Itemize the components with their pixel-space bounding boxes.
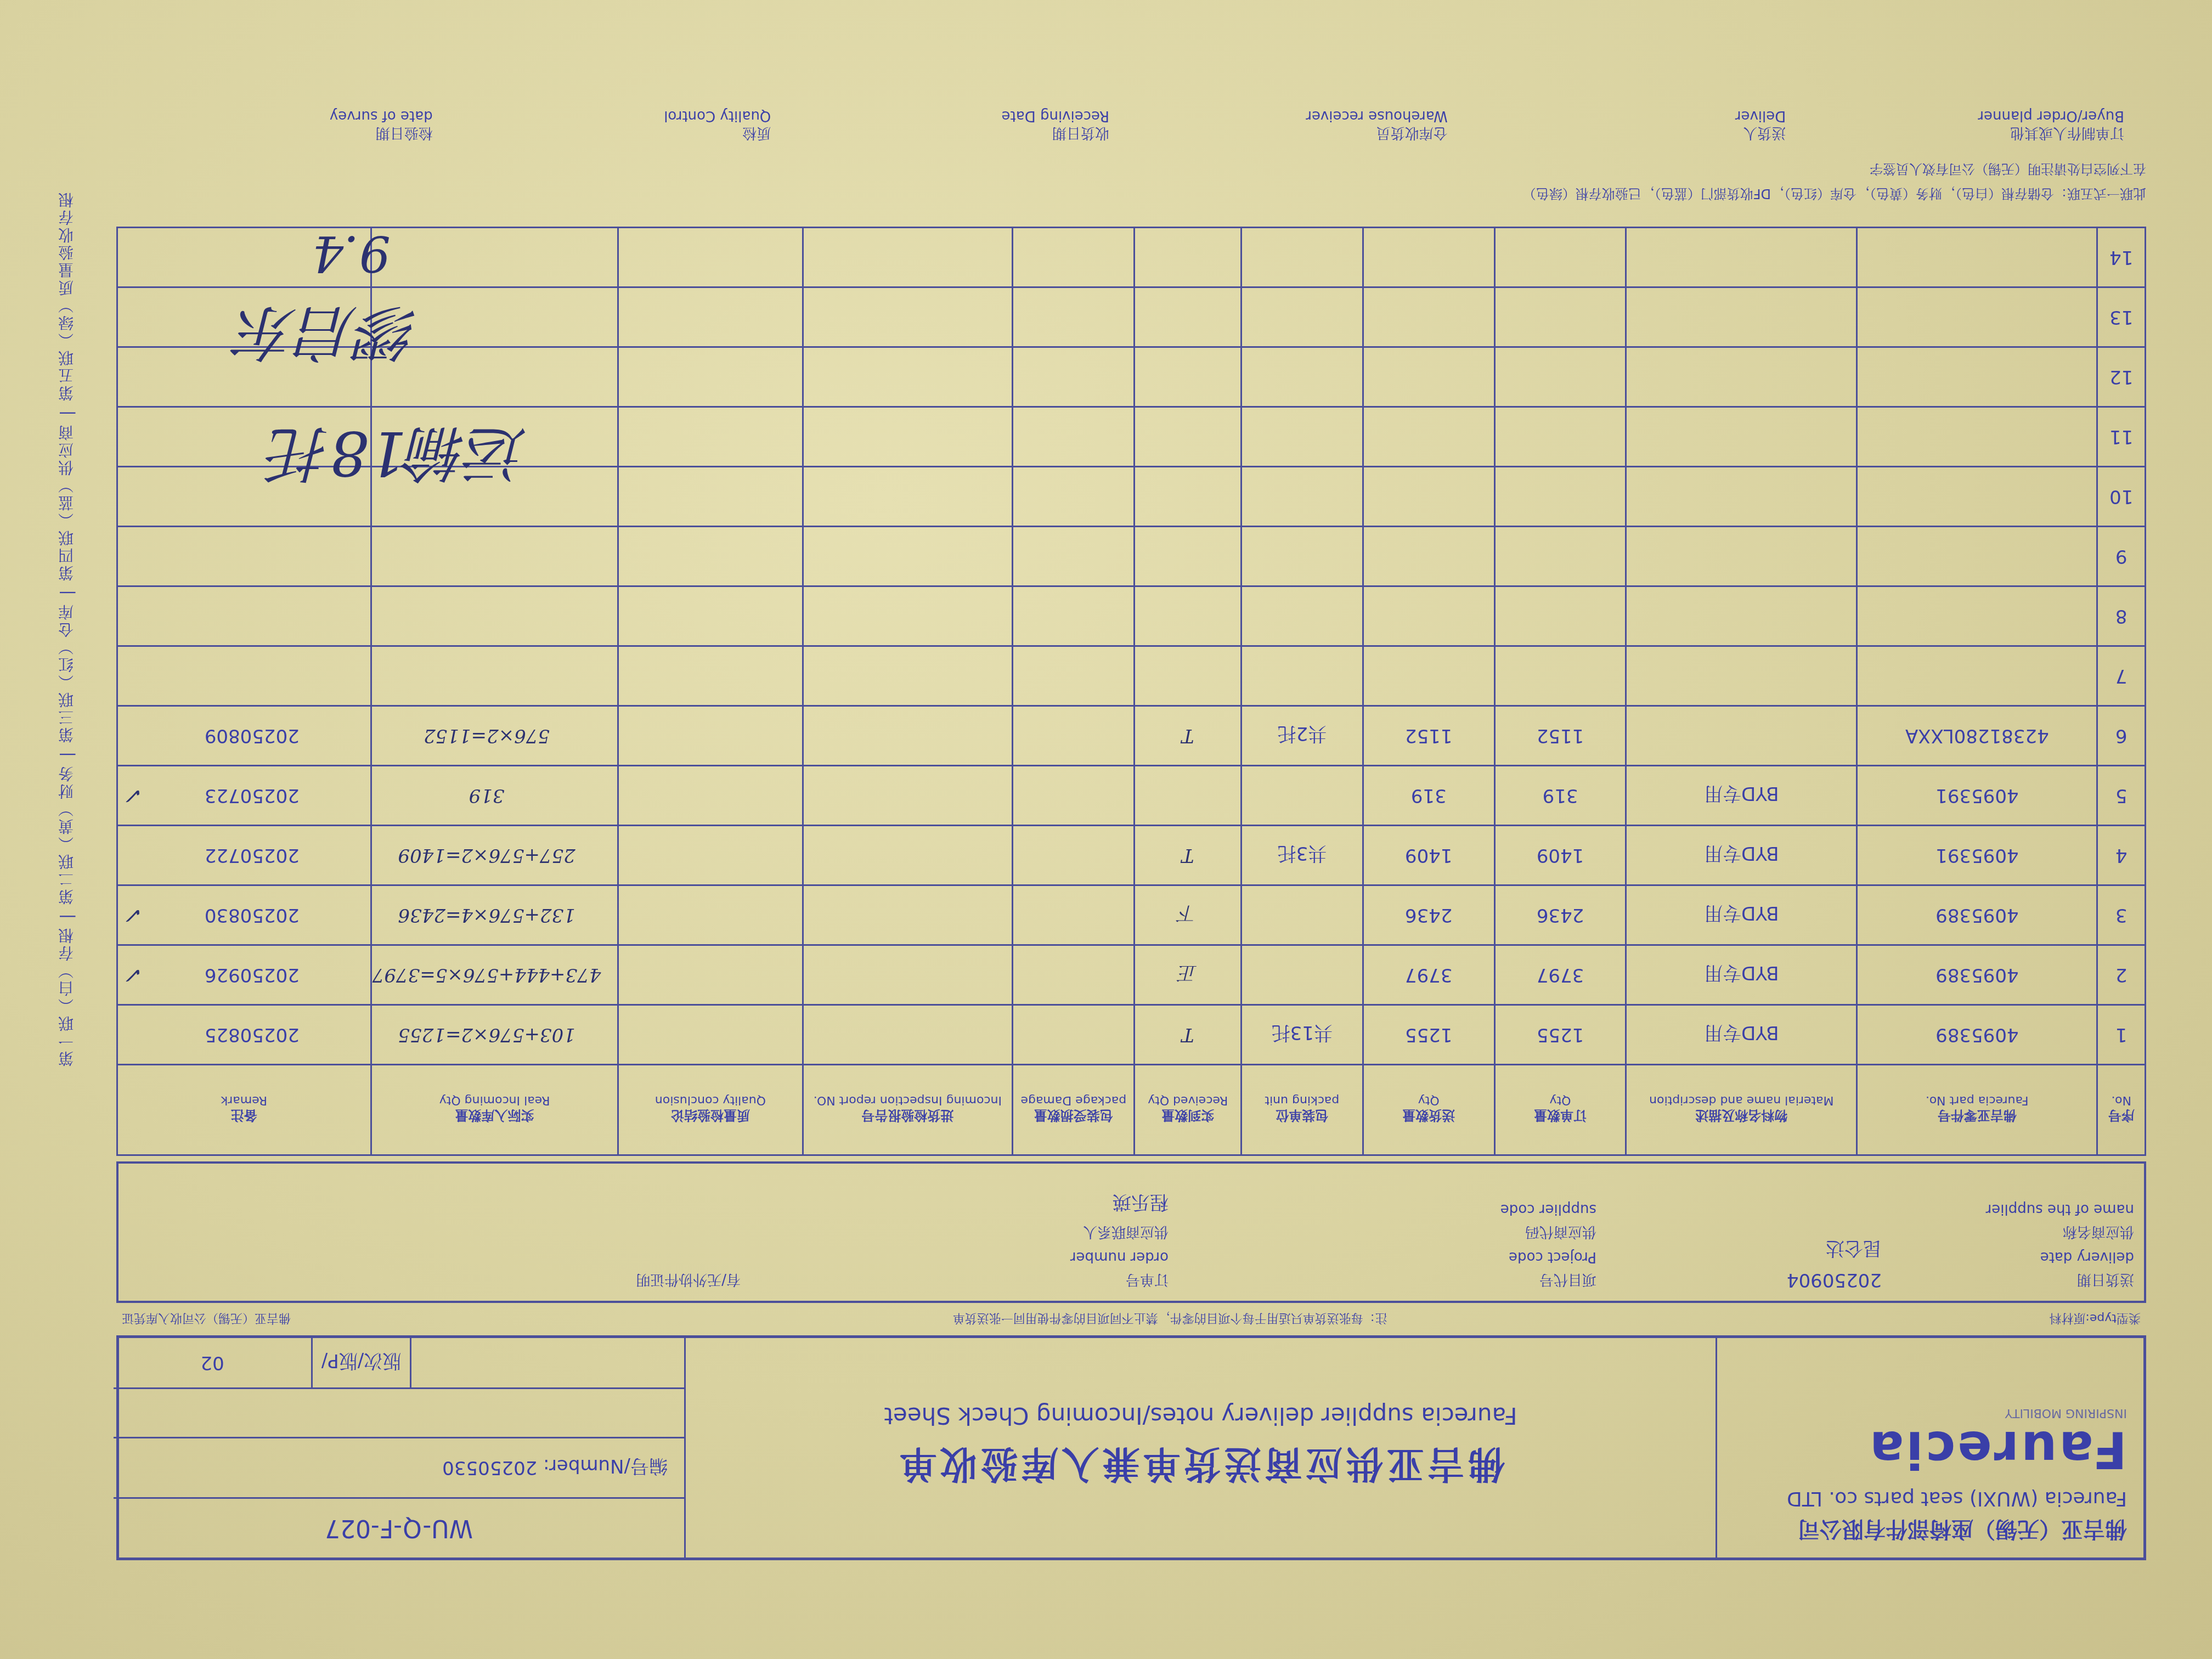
cell-report <box>803 228 1013 287</box>
cell-ship-qty: 1152 <box>1363 706 1494 766</box>
cell-report <box>803 586 1013 646</box>
cell-received: T <box>1135 826 1242 885</box>
version-blank <box>410 1338 684 1387</box>
cell-desc <box>1626 467 1857 527</box>
cell-no: 14 <box>2097 228 2146 287</box>
cell-part <box>1857 467 2097 527</box>
table-row: 8 <box>117 586 2146 646</box>
cell-desc <box>1626 586 1857 646</box>
cell-real-qty: 103+576×2=1255 <box>371 1005 618 1065</box>
cell-pack <box>1241 766 1363 826</box>
order-cell: 订单号 order number 供应商联系人 程乐瑛 <box>751 1164 1178 1301</box>
cell-desc: BYD专用 <box>1626 1005 1857 1065</box>
check-mark-icon: ✓ <box>126 902 144 928</box>
col-pack: 包装单位packing unit <box>1241 1065 1363 1155</box>
cell-pack: 共13托 <box>1241 1005 1363 1065</box>
supplier-name-label-en: name of the supplier <box>1901 1201 2134 1217</box>
note-right: 佛吉亚（无锡）公司收入库凭证 <box>122 1311 291 1328</box>
sig-warehouse: 仓库收货员Warehouse receiver <box>1131 108 1470 144</box>
cell-received <box>1135 527 1242 586</box>
cell-damage <box>1013 1005 1135 1065</box>
cell-damage <box>1013 945 1135 1005</box>
cell-order-qty <box>1494 467 1626 527</box>
table-row: 44095391BYD专用14091409共3托T257+576×2=14092… <box>117 826 2146 885</box>
company-block: 佛吉亚（无锡）座椅部件有限公司 Faurecia (WUXI) seat par… <box>1716 1338 2143 1558</box>
cell-damage <box>1013 228 1135 287</box>
sig-survey-date: 检验日期date of survey <box>116 108 455 144</box>
cell-report <box>803 1005 1013 1065</box>
col-desc: 物料名称及描述Material name and description <box>1626 1065 1857 1155</box>
supplier-name-label: 供应商名称 <box>1901 1223 2134 1243</box>
cell-real-qty: 576×2=1152 <box>371 706 618 766</box>
page-title: 佛吉亚供应商送货单兼入库验收单 <box>896 1440 1505 1493</box>
table-row: 24095389BYD专用37973797正473+444+576×5=3797… <box>117 945 2146 1005</box>
company-name-cn: 佛吉亚（无锡）座椅部件有限公司 <box>1734 1515 2127 1547</box>
cell-pack <box>1241 527 1363 586</box>
cell-no: 3 <box>2097 885 2146 945</box>
cell-part: 4095389 <box>1857 945 2097 1005</box>
table-row: 642381280LXXA11521152共2托T576×2=115220250… <box>117 706 2146 766</box>
cell-real-qty: 319 <box>371 766 618 826</box>
cell-ship-qty: 2436 <box>1363 885 1494 945</box>
cell-remark <box>117 527 371 586</box>
cell-order-qty <box>1494 586 1626 646</box>
cell-report <box>803 467 1013 527</box>
cell-no: 12 <box>2097 347 2146 407</box>
cell-real-qty <box>371 228 618 287</box>
table-row: 14 <box>117 228 2146 287</box>
cell-real-qty: 257+576×2=1409 <box>371 826 618 885</box>
cell-remark: 20250723✓ <box>117 766 371 826</box>
cell-remark: 20250809 <box>117 706 371 766</box>
type-label: 类型type:原材料 <box>2049 1311 2141 1328</box>
cell-ship-qty <box>1363 586 1494 646</box>
handwritten-date: 9.4 <box>312 224 391 282</box>
cell-desc <box>1626 407 1857 467</box>
table-row: 34095389BYD专用24362436下132+576×4=24362025… <box>117 885 2146 945</box>
cell-ship-qty: 319 <box>1363 766 1494 826</box>
order-number-label: 订单号 <box>760 1271 1169 1291</box>
cell-desc <box>1626 527 1857 586</box>
meta-block: WU-Q-F-027 编号/Number: 20250530 版次/版P/ 02 <box>114 1338 684 1558</box>
form-code: WU-Q-F-027 <box>114 1497 684 1558</box>
cell-report <box>803 407 1013 467</box>
cell-pack <box>1241 407 1363 467</box>
cell-pack <box>1241 945 1363 1005</box>
supplier-code-label-en: supplier code <box>1188 1201 1596 1217</box>
table-row: 7 <box>117 646 2146 706</box>
delivery-values: 20250904 昆仑达 <box>1606 1164 1892 1301</box>
cell-pack <box>1241 885 1363 945</box>
cell-quality <box>618 945 803 1005</box>
document-number: 编号/Number: 20250530 <box>114 1437 684 1497</box>
cell-remark: 20250830✓ <box>117 885 371 945</box>
number-label: 编号/Number: <box>543 1454 668 1481</box>
cell-real-qty: 132+576×4=2436 <box>371 885 618 945</box>
col-report: 进货检验报告号Incoming Inspection report NO. <box>803 1065 1013 1155</box>
cell-quality <box>618 766 803 826</box>
footer-top-note: 在下列空白处请注明（无锡）公司有效人员签字 <box>116 161 2146 180</box>
cell-no: 10 <box>2097 467 2146 527</box>
cell-report <box>803 646 1013 706</box>
cell-pack: 共2托 <box>1241 706 1363 766</box>
cell-ship-qty <box>1363 467 1494 527</box>
cell-damage <box>1013 766 1135 826</box>
cell-pack <box>1241 586 1363 646</box>
table-row: 13 <box>117 287 2146 347</box>
cell-pack <box>1241 228 1363 287</box>
cell-report <box>803 287 1013 347</box>
cell-real-qty: 473+444+576×5=3797 <box>371 945 618 1005</box>
blank-row <box>114 1387 684 1437</box>
contact-label: 供应商联系人 <box>760 1223 1169 1243</box>
company-name-en: Faurecia (WUXI) seat parts co. LTD <box>1734 1487 2127 1510</box>
cell-quality <box>618 287 803 347</box>
cell-order-qty: 3797 <box>1494 945 1626 1005</box>
delivery-date-value: 20250904 <box>1616 1269 1882 1291</box>
cell-received: 下 <box>1135 885 1242 945</box>
cell-order-qty <box>1494 407 1626 467</box>
cell-part <box>1857 407 2097 467</box>
cell-remark <box>117 586 371 646</box>
cell-quality <box>618 826 803 885</box>
title-block: 佛吉亚供应商送货单兼入库验收单 Faurecia supplier delive… <box>684 1338 1716 1558</box>
version-label: 版次/版P/ <box>311 1338 410 1387</box>
cell-no: 4 <box>2097 826 2146 885</box>
cell-part <box>1857 646 2097 706</box>
sig-quality: 质检Quality Control <box>455 108 793 144</box>
cell-ship-qty <box>1363 347 1494 407</box>
cell-desc <box>1626 228 1857 287</box>
signature-row: 订单制作人或其他Buyer/Order planner 送货人Deliver 仓… <box>116 108 2146 144</box>
cell-quality <box>618 1005 803 1065</box>
cell-report <box>803 527 1013 586</box>
supplier-name-value: 昆仑达 <box>1616 1237 1882 1263</box>
cell-order-qty: 1255 <box>1494 1005 1626 1065</box>
col-received: 实到数量Received Qty <box>1135 1065 1242 1155</box>
cell-no: 13 <box>2097 287 2146 347</box>
cell-pack <box>1241 467 1363 527</box>
cell-damage <box>1013 407 1135 467</box>
cell-no: 2 <box>2097 945 2146 1005</box>
cell-damage <box>1013 467 1135 527</box>
cell-desc <box>1626 706 1857 766</box>
cell-order-qty: 319 <box>1494 766 1626 826</box>
cell-ship-qty <box>1363 646 1494 706</box>
header-note: 类型type:原材料 注：每张送货单只适用于每个项目的零件，禁止不同项目的零件使… <box>116 1303 2146 1335</box>
table-header-row: 序号No. 佛吉亚零件号Faurecia part No. 物料名称及描述Mat… <box>117 1065 2146 1155</box>
cell-part <box>1857 527 2097 586</box>
cell-order-qty <box>1494 287 1626 347</box>
cell-part <box>1857 347 2097 407</box>
cell-no: 5 <box>2097 766 2146 826</box>
cell-no: 6 <box>2097 706 2146 766</box>
cell-received: T <box>1135 1005 1242 1065</box>
table-row: 54095391BYD专用31931931920250723✓ <box>117 766 2146 826</box>
delivery-date-label: 送货日期 <box>1901 1271 2134 1291</box>
cell-quality <box>618 228 803 287</box>
cell-received <box>1135 407 1242 467</box>
cell-desc: BYD专用 <box>1626 885 1857 945</box>
attachment-cell: 有/无外协件证明 <box>136 1164 751 1301</box>
items-table: 序号No. 佛吉亚零件号Faurecia part No. 物料名称及描述Mat… <box>116 227 2146 1156</box>
cell-remark: 20250722 <box>117 826 371 885</box>
cell-no: 8 <box>2097 586 2146 646</box>
cell-order-qty: 1152 <box>1494 706 1626 766</box>
cell-received <box>1135 766 1242 826</box>
delivery-date-cell: 送货日期 delivery date 供应商名称 name of the sup… <box>1892 1164 2144 1301</box>
cell-desc <box>1626 646 1857 706</box>
cell-quality <box>618 527 803 586</box>
col-part: 佛吉亚零件号Faurecia part No. <box>1857 1065 2097 1155</box>
cell-damage <box>1013 706 1135 766</box>
logo-tagline: INSPIRING MOBILITY <box>1734 1406 2127 1420</box>
cell-received: 正 <box>1135 945 1242 1005</box>
cell-received <box>1135 467 1242 527</box>
col-real-qty: 实际入库数量Real Incoming Qty <box>371 1065 618 1155</box>
cell-order-qty <box>1494 228 1626 287</box>
cell-damage <box>1013 347 1135 407</box>
handwritten-transport-note: 运输18托 <box>270 415 528 501</box>
cell-ship-qty: 1409 <box>1363 826 1494 885</box>
sig-deliver: 送货人Deliver <box>1470 108 1808 144</box>
col-damage: 包装受损数量package Damage <box>1013 1065 1135 1155</box>
cell-no: 11 <box>2097 407 2146 467</box>
sig-receiving-date: 收货日期Receiving Date <box>793 108 1131 144</box>
cell-pack: 共3托 <box>1241 826 1363 885</box>
table-row: 9 <box>117 527 2146 586</box>
cell-pack <box>1241 646 1363 706</box>
cell-ship-qty <box>1363 527 1494 586</box>
cell-received <box>1135 646 1242 706</box>
project-cell: 项目代号 Project code 供应商代码 supplier code <box>1178 1164 1606 1301</box>
cell-damage <box>1013 646 1135 706</box>
project-code-label-en: Project code <box>1188 1249 1596 1265</box>
col-ship-qty: 送货数量Qty <box>1363 1065 1494 1155</box>
cell-remark: 20250825 <box>117 1005 371 1065</box>
version-row: 版次/版P/ 02 <box>114 1338 684 1387</box>
col-order-qty: 订单数量Qty <box>1494 1065 1626 1155</box>
project-code-label: 项目代号 <box>1188 1271 1596 1291</box>
cell-damage <box>1013 586 1135 646</box>
cell-damage <box>1013 287 1135 347</box>
footer-note: 此联一式五联：仓储存根（白色），财务（黄色），仓库（红色），DF收货部门（蓝色）… <box>116 185 2146 205</box>
faurecia-logo: Faurecia <box>1734 1420 2127 1479</box>
col-remark: 备注Remark <box>117 1065 371 1155</box>
cell-part: 4095389 <box>1857 1005 2097 1065</box>
cell-no: 7 <box>2097 646 2146 706</box>
cell-quality <box>618 885 803 945</box>
cell-report <box>803 826 1013 885</box>
cell-real-qty <box>371 527 618 586</box>
order-number-label-en: order number <box>760 1249 1169 1265</box>
cell-report <box>803 706 1013 766</box>
col-quality: 质量检验结论Quality conclusion <box>618 1065 803 1155</box>
cell-order-qty <box>1494 527 1626 586</box>
cell-desc <box>1626 347 1857 407</box>
version-value: 02 <box>114 1338 311 1387</box>
supplier-info: 送货日期 delivery date 供应商名称 name of the sup… <box>116 1161 2146 1303</box>
cell-quality <box>618 467 803 527</box>
delivery-date-label-en: delivery date <box>1901 1249 2134 1265</box>
cell-part <box>1857 228 2097 287</box>
check-mark-icon: ✓ <box>126 962 144 988</box>
cell-no: 1 <box>2097 1005 2146 1065</box>
cell-part: 42381280LXXA <box>1857 706 2097 766</box>
cell-damage <box>1013 826 1135 885</box>
delivery-check-sheet: 佛吉亚（无锡）座椅部件有限公司 Faurecia (WUXI) seat par… <box>0 0 2212 1659</box>
cell-received <box>1135 287 1242 347</box>
cell-pack <box>1241 287 1363 347</box>
cell-ship-qty: 3797 <box>1363 945 1494 1005</box>
cell-no: 9 <box>2097 527 2146 586</box>
form-header: 佛吉亚（无锡）座椅部件有限公司 Faurecia (WUXI) seat par… <box>116 1335 2146 1560</box>
cell-quality <box>618 586 803 646</box>
cell-damage <box>1013 885 1135 945</box>
cell-part <box>1857 287 2097 347</box>
table-row: 14095389BYD专用12551255共13托T103+576×2=1255… <box>117 1005 2146 1065</box>
table-row: 12 <box>117 347 2146 407</box>
number-value: 20250530 <box>442 1457 537 1479</box>
cell-order-qty: 2436 <box>1494 885 1626 945</box>
cell-desc: BYD专用 <box>1626 826 1857 885</box>
cell-ship-qty: 1255 <box>1363 1005 1494 1065</box>
cell-pack <box>1241 347 1363 407</box>
handwritten-signature: 缪启东 <box>237 294 418 381</box>
sig-buyer: 订单制作人或其他Buyer/Order planner <box>1808 108 2146 144</box>
cell-remark: 20250926✓ <box>117 945 371 1005</box>
cell-quality <box>618 646 803 706</box>
note-left: 注：每张送货单只适用于每个项目的零件，禁止不同项目的零件使用同一张送货单 <box>953 1311 1387 1328</box>
cell-part: 4095389 <box>1857 885 2097 945</box>
col-no: 序号No. <box>2097 1065 2146 1155</box>
cell-damage <box>1013 527 1135 586</box>
cell-quality <box>618 407 803 467</box>
cell-ship-qty <box>1363 407 1494 467</box>
cell-order-qty <box>1494 347 1626 407</box>
cell-ship-qty <box>1363 287 1494 347</box>
cell-part: 4095391 <box>1857 766 2097 826</box>
cell-real-qty <box>371 586 618 646</box>
contact-value: 程乐瑛 <box>760 1190 1169 1217</box>
cell-received <box>1135 586 1242 646</box>
cell-part <box>1857 586 2097 646</box>
copy-legend: 第一联（白）存根 | 第二联（黄）财务 | 第三联（红）仓库 | 第四联（蓝）供… <box>56 190 78 1066</box>
cell-report <box>803 766 1013 826</box>
cell-desc: BYD专用 <box>1626 945 1857 1005</box>
cell-report <box>803 885 1013 945</box>
cell-real-qty <box>371 646 618 706</box>
cell-desc: BYD专用 <box>1626 766 1857 826</box>
cell-part: 4095391 <box>1857 826 2097 885</box>
attachment-label: 有/无外协件证明 <box>146 1271 741 1291</box>
cell-report <box>803 347 1013 407</box>
supplier-code-label: 供应商代码 <box>1188 1223 1596 1243</box>
cell-report <box>803 945 1013 1005</box>
cell-received <box>1135 228 1242 287</box>
cell-order-qty <box>1494 646 1626 706</box>
cell-received: T <box>1135 706 1242 766</box>
cell-ship-qty <box>1363 228 1494 287</box>
page-subtitle: Faurecia supplier delivery notes/Incomin… <box>884 1402 1517 1429</box>
cell-quality <box>618 706 803 766</box>
cell-quality <box>618 347 803 407</box>
cell-desc <box>1626 287 1857 347</box>
cell-received <box>1135 347 1242 407</box>
cell-remark <box>117 646 371 706</box>
check-mark-icon: ✓ <box>126 783 144 808</box>
cell-order-qty: 1409 <box>1494 826 1626 885</box>
